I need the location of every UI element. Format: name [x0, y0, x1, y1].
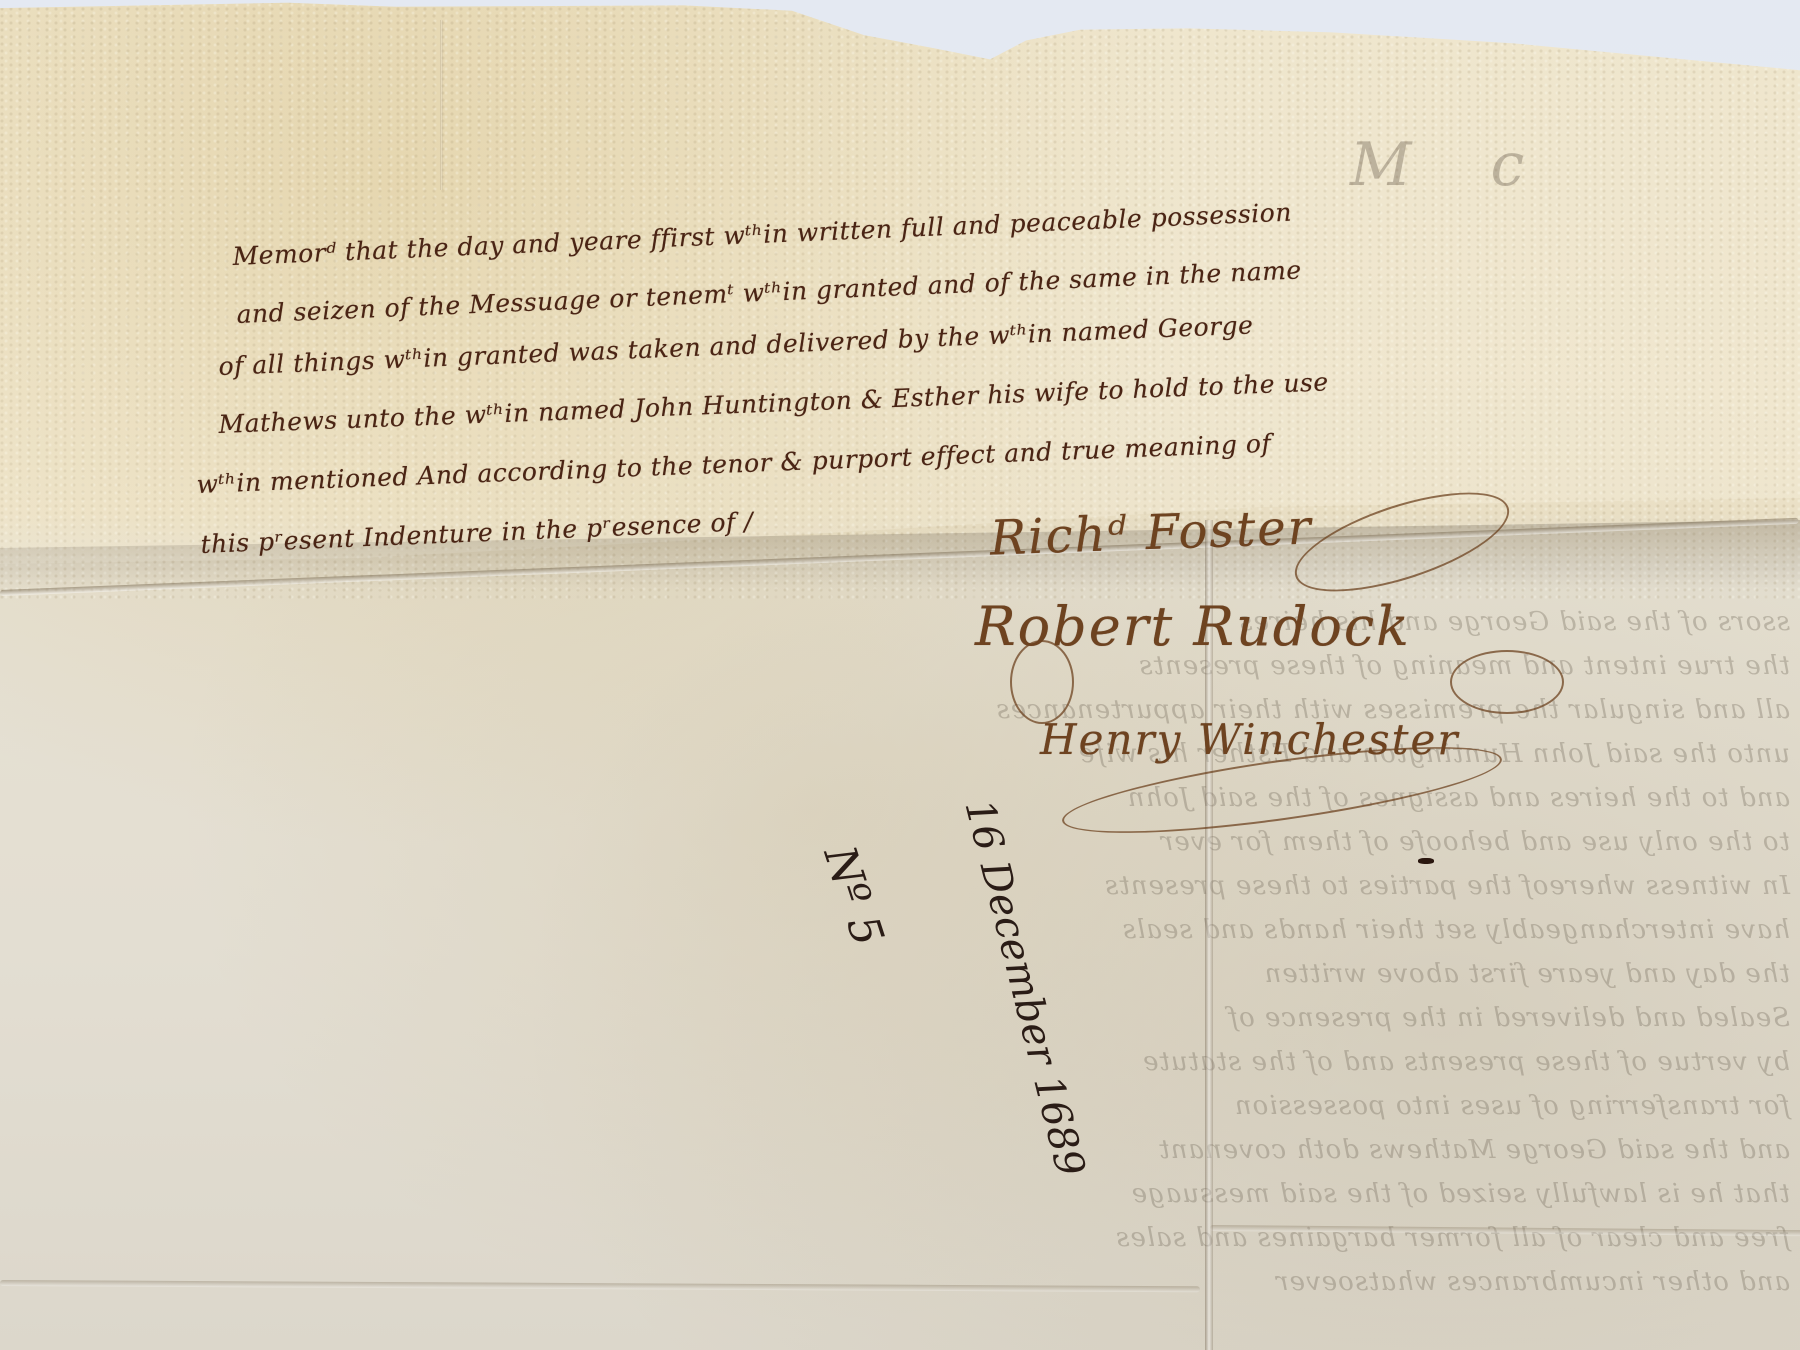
ghost-line: and the said George Mathews doth covenan…	[0, 1128, 1800, 1172]
ghost-line: In witness whereof the parties to these …	[0, 864, 1800, 908]
ghost-line: ssors of the said George and his heires	[0, 600, 1800, 644]
ink-blot	[1418, 858, 1434, 864]
show-through-text: ssors of the said George and his heires …	[0, 600, 1800, 1350]
ghost-line: that he is lawfully seized of the said m…	[0, 1172, 1800, 1216]
ghost-line: Sealed and delivered in the presence of	[0, 996, 1800, 1040]
signature-flourish	[1010, 640, 1074, 724]
ghost-line: the day and yeare first above written	[0, 952, 1800, 996]
signature-richard-foster: Richᵈ Foster	[989, 499, 1313, 566]
ghost-line: free and clear of all former bargaines a…	[0, 1216, 1800, 1260]
ghost-line: to the only use and behoofe of them for …	[0, 820, 1800, 864]
ghost-line: and to the heires and assignes of the sa…	[0, 776, 1800, 820]
faint-heading-fragment: M c	[1350, 130, 1554, 200]
ghost-line: have interchangeably set their hands and…	[0, 908, 1800, 952]
ghost-line: by vertue of these presents and of the s…	[0, 1040, 1800, 1084]
ghost-line: for transferring of uses into possession	[0, 1084, 1800, 1128]
upper-vertical-crease	[440, 20, 443, 190]
ghost-line: unto the said John Huntington and Esther…	[0, 732, 1800, 776]
signature-flourish	[1450, 650, 1564, 714]
